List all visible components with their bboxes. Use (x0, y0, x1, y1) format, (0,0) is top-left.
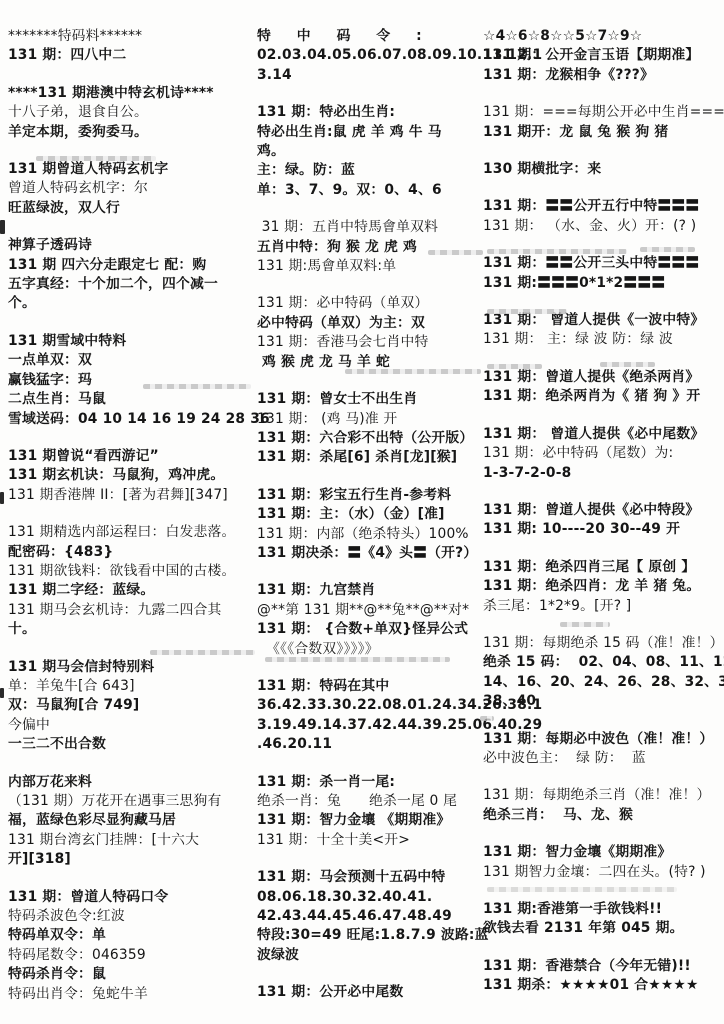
faded-line-mark (143, 384, 251, 389)
text-line: 绝杀 15 码： 02、04、08、11、12、 (483, 653, 723, 672)
text-line: ****131 期港澳中特玄机诗**** (8, 84, 254, 103)
scan-edge-mark (0, 220, 5, 234)
faded-line-mark (640, 247, 695, 252)
text-line: 131 期香港牌 II：[著为君舞][347] (8, 486, 254, 505)
text-line: 131 期：马会预测十五码中特 (257, 868, 481, 887)
text-line: 131 期: 10----20 30--49 开 (483, 520, 723, 539)
text-line: 一点单双：双 (8, 351, 254, 370)
text-line: 配密码：{483} (8, 543, 254, 562)
text-line: 单：羊兔牛[合 643] (8, 677, 254, 696)
faded-line-mark (428, 250, 483, 255)
faded-line-mark (487, 309, 567, 314)
text-line: 131 期： {合数+单双}怪异公式 (257, 620, 481, 639)
text-line: 131 期：〓〓公开五行中特〓〓〓 (483, 197, 723, 216)
faded-line-mark (345, 369, 481, 374)
text-line: 特段:30=49 旺尾:1.8.7.9 波路:蓝 (257, 926, 481, 945)
text-line: 31 期：五肖中特馬會单双料 (257, 218, 481, 237)
text-line: 必中波色主： 绿 防： 蓝 (483, 749, 723, 768)
column-left: *******特码料******131 期：四八中二****131 期港澳中特玄… (8, 27, 254, 1004)
text-line: 杀三尾：1*2*9。[开? ] (483, 597, 723, 616)
text-line: 131 期:香港第一手欲钱料!! (483, 900, 723, 919)
text-line: 旺蓝绿波，双人行 (8, 199, 254, 218)
text-line: 131 期：绝杀四肖三尾【 原创 】 (483, 558, 723, 577)
faded-line-mark (487, 887, 677, 892)
text-line: 130 期横批字：来 (483, 160, 723, 179)
text-line: 双：马鼠狗[合 749] (8, 696, 254, 715)
text-line: 131 期：彩宝五行生肖-参考料 (257, 486, 481, 505)
column-middle: 特中码令:02.03.04.05.06.07.08.09.10.11.12.13… (257, 27, 481, 1003)
text-line: 131 期： 曾道人提供《必中尾数》 (483, 425, 723, 444)
text-line: 131 期：特码在其中 (257, 677, 481, 696)
text-line: 绝杀一肖：兔 绝杀一尾 0 尾 (257, 792, 481, 811)
text-line: 131 期：内部（绝杀特头）100% (257, 525, 481, 544)
text-line: 131 期：主：（水）（金）[准] (257, 505, 481, 524)
text-line: 特码出肖令：兔蛇牛羊 (8, 985, 254, 1004)
text-line: 131 期：杀尾[6] 杀肖[龙][猴] (257, 448, 481, 467)
text-line: 131 期：六合彩不出特（公开版） (257, 429, 481, 448)
text-line: 特码杀波色令:红波 (8, 907, 254, 926)
text-line: 十八子弟，退食自公。 (8, 103, 254, 122)
faded-line-mark (487, 249, 627, 254)
text-line: 波绿波 (257, 946, 481, 965)
text-line: 02.03.04.05.06.07.08.09.10.11.12.1 (257, 46, 481, 65)
text-line: 131 期：十全十美<开> (257, 831, 481, 850)
text-line: 羊定本期，委狗委马。 (8, 123, 254, 142)
text-line: 14、16、20、24、26、28、32、36、 (483, 673, 723, 692)
text-line: 131 期：必中特码（尾数）为: (483, 444, 723, 463)
text-line: 鸡。 (257, 142, 481, 161)
text-line: 131 期：〓〓公开三头中特〓〓〓 (483, 254, 723, 273)
text-line: 131 期二字经：蓝绿。 (8, 581, 254, 600)
text-line: 131 期：特必出生肖: (257, 103, 481, 122)
text-line: 一三二不出合数 (8, 735, 254, 754)
text-line: 131 期曾说“看西游记” (8, 447, 254, 466)
text-line: 必中特码（单双）为主：双 (257, 314, 481, 333)
text-line: 131 期杀：★★★★01 合★★★★ (483, 976, 723, 995)
text-line: 131 期马会玄机诗：九露二四合其 (8, 601, 254, 620)
text-line: 38、40 (483, 692, 723, 711)
text-line: 36.42.33.30.22.08.01.24.34.26.38.1 (257, 696, 481, 715)
text-line: 42.43.44.45.46.47.48.49 (257, 907, 481, 926)
text-line: 131 期：===每期公开必中生肖=== (483, 103, 723, 122)
text-line: 特码杀肖令：鼠 (8, 965, 254, 984)
text-line: 131 期:〓〓〓0*1*2〓〓〓 (483, 274, 723, 293)
text-line: 福，蓝绿色彩尽显狗藏马居 (8, 811, 254, 830)
column-right: ☆4☆6☆8☆☆5☆7☆9☆131 期：公开金言玉语【期期准】131 期：龙猴相… (483, 27, 723, 996)
text-line: 个。 (8, 294, 254, 313)
faded-line-mark (600, 362, 655, 367)
text-line: 特必出生肖:鼠 虎 羊 鸡 牛 马 (257, 123, 481, 142)
faded-line-mark (487, 364, 542, 369)
faded-line-mark (265, 657, 450, 662)
text-line: ☆4☆6☆8☆☆5☆7☆9☆ (483, 27, 723, 46)
text-line: 131 期： 主：绿 波 防：绿 波 (483, 330, 723, 349)
text-line: 131 期：每期绝杀 15 码（准！准！） (483, 634, 723, 653)
text-line: 神算子透码诗 (8, 236, 254, 255)
text-line: 131 期：公开必中尾数 (257, 983, 481, 1002)
text-line: （131 期）万花开在遇事三思狗有 (8, 792, 254, 811)
text-line: 主：绿。防：蓝 (257, 161, 481, 180)
text-line: 131 期开：龙 鼠 兔 猴 狗 猪 (483, 123, 723, 142)
text-line: 131 期：智力金壤《期期准》 (483, 843, 723, 862)
text-line: 131 期： （水、金、火）开：(? ) (483, 217, 723, 236)
text-line: @**第 131 期**@**兔**@**对* (257, 601, 481, 620)
text-line: 特中码令: (257, 27, 481, 46)
text-line: 绝杀三肖： 马、龙、猴 (483, 806, 723, 825)
text-line: 131 期：龙猴相争《???》 (483, 66, 723, 85)
text-line: 131 期马会信封特别料 (8, 658, 254, 677)
scan-edge-mark (0, 492, 4, 504)
text-line: 08.06.18.30.32.40.41. (257, 888, 481, 907)
text-line: 131 期决杀：〓《4》头〓（开?） (257, 544, 481, 563)
text-line: 3.19.49.14.37.42.44.39.25.06.40.29 (257, 716, 481, 735)
text-line: 131 期：四八中二 (8, 46, 254, 65)
text-line: 131 期：每期绝杀三肖（准！准！） (483, 786, 723, 805)
faded-line-mark (150, 650, 255, 655)
text-line: 特码单双令：单 (8, 926, 254, 945)
text-line: 二点生肖：马鼠 (8, 390, 254, 409)
text-line: 131 期欲钱料：欲钱看中国的古楼。 (8, 562, 254, 581)
text-line: 131 期：每期必中波色（准！准！） (483, 730, 723, 749)
text-line: 开][318] (8, 850, 254, 869)
text-line: 五字真经：十个加二个，四个减一 (8, 275, 254, 294)
text-line: 1-3-7-2-0-8 (483, 464, 723, 483)
text-line: 131 期雪域中特料 (8, 332, 254, 351)
tip-sheet-page: *******特码料******131 期：四八中二****131 期港澳中特玄… (0, 0, 724, 1024)
text-line: *******特码料****** (8, 27, 254, 46)
text-line: 131 期精选内部运程曰：白发悲落。 (8, 523, 254, 542)
text-line: 单：3、7、9。双：0、4、6 (257, 181, 481, 200)
text-line: 131 期：公开金言玉语【期期准】 (483, 46, 723, 65)
text-line: 131 期：必中特码（单双） (257, 294, 481, 313)
text-line: 131 期：香港马会七肖中特 (257, 333, 481, 352)
text-line: 雪域送码：04 10 14 16 19 24 28 36 (8, 410, 254, 429)
text-line: 131 期玄机诀：马鼠狗，鸡冲虎。 (8, 466, 254, 485)
text-line: .46.20.11 (257, 735, 481, 754)
text-line: 欲钱去看 2131 年第 045 期。 (483, 919, 723, 938)
text-line: 131 期 四六分走跟定七 配：购 (8, 256, 254, 275)
text-line: 今偏中 (8, 716, 254, 735)
text-line: 131 期：绝杀四肖：龙 羊 猪 兔。 (483, 577, 723, 596)
faded-line-mark (36, 156, 156, 161)
text-line: 131 期：曾道人提供《必中特段》 (483, 501, 723, 520)
scan-edge-mark (0, 688, 4, 698)
faded-line-mark (480, 716, 494, 721)
text-line: 131 期：智力金壤 《期期准》 (257, 811, 481, 830)
text-line: 3.14 (257, 66, 481, 85)
text-line: 131 期：杀一肖一尾: (257, 773, 481, 792)
text-line: 131 期曾道人特码玄机字 (8, 160, 254, 179)
text-line: 131 期： (鸡 马)准 开 (257, 410, 481, 429)
faded-line-mark (560, 622, 610, 627)
text-line: 131 期智力金壤：二四在头。(特? ) (483, 863, 723, 882)
text-line: 十。 (8, 620, 254, 639)
text-line: 131 期：曾道人特码口令 (8, 888, 254, 907)
text-line: 131 期:馬會单双料:单 (257, 257, 481, 276)
text-line: 131 期：曾道人提供《绝杀两肖》 (483, 368, 723, 387)
text-line: 131 期：曾女士不出生肖 (257, 390, 481, 409)
text-line: 131 期：香港禁合（今年无错)!! (483, 957, 723, 976)
text-line: 131 期：绝杀两肖为《 猪 狗 》开 (483, 387, 723, 406)
text-line: 曾道人特码玄机字：尔 (8, 179, 254, 198)
text-line: 131 期台湾玄门挂牌：[十六大 (8, 831, 254, 850)
text-line: 特码尾数令：046359 (8, 946, 254, 965)
text-line: 131 期：九宫禁肖 (257, 581, 481, 600)
text-line: 内部万花来料 (8, 773, 254, 792)
